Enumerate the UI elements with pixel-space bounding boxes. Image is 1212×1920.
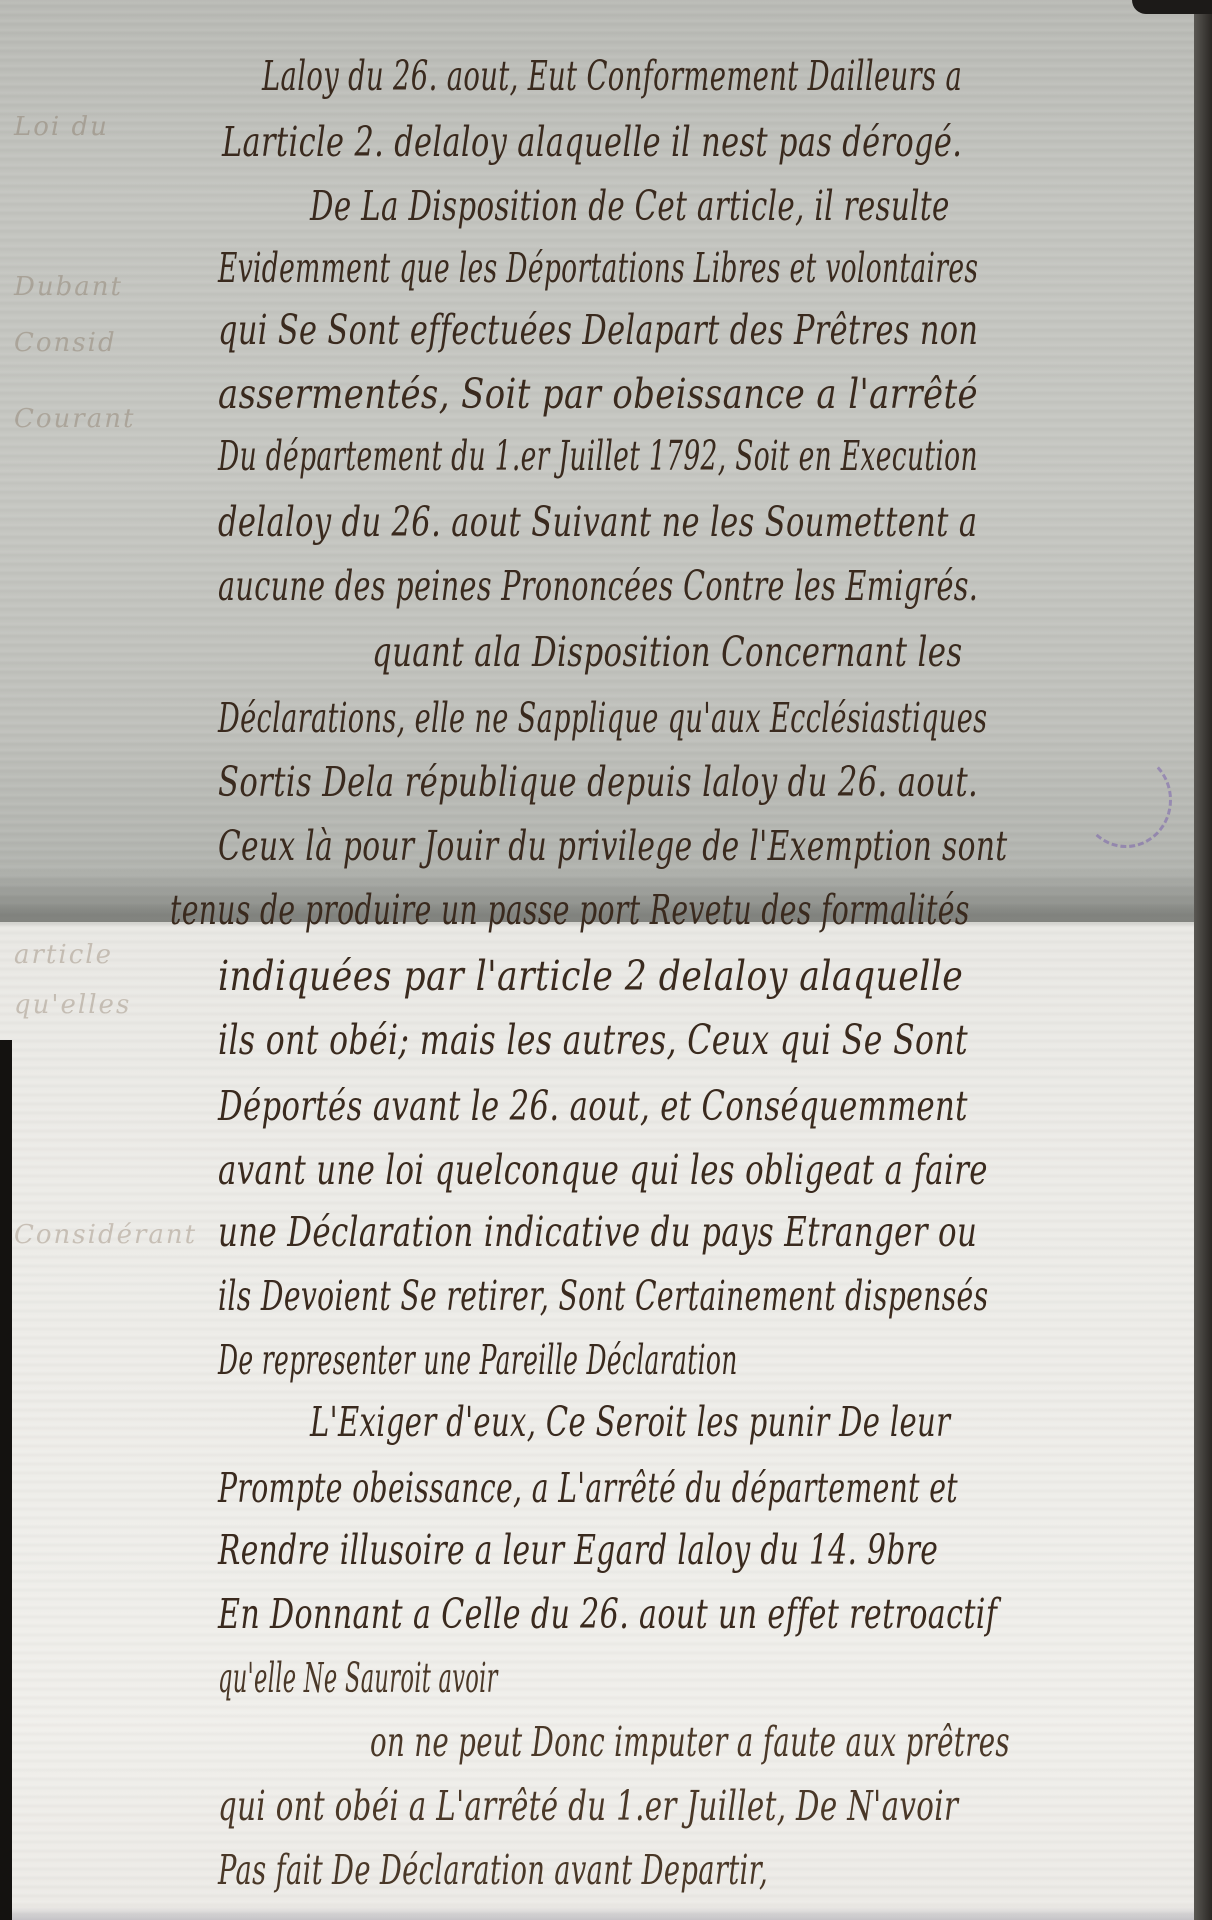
manuscript-line: Du département du 1.er Juillet 1792, Soi… — [218, 432, 978, 480]
manuscript-line: avant une loi quelconque qui les obligea… — [218, 1146, 988, 1194]
manuscript-line: Larticle 2. delaloy alaquelle il nest pa… — [222, 118, 962, 166]
background-top-corner — [1132, 0, 1212, 14]
paper-bottom-edge — [0, 1906, 1195, 1920]
manuscript-line: on ne peut Donc imputer a faute aux prêt… — [370, 1718, 1010, 1766]
manuscript-line: Déportés avant le 26. aout, et Conséquem… — [218, 1082, 968, 1130]
manuscript-line: indiquées par l'article 2 delaloy alaque… — [218, 952, 963, 1000]
manuscript-line: quant ala Disposition Concernant les — [372, 628, 963, 676]
manuscript-line: Déclarations, elle ne Sapplique qu'aux E… — [218, 694, 987, 742]
manuscript-line: Ceux là pour Jouir du privilege de l'Exe… — [218, 822, 1008, 870]
manuscript-body: Laloy du 26. aout, Eut Conformement Dail… — [0, 0, 1195, 1920]
manuscript-line: Laloy du 26. aout, Eut Conformement Dail… — [262, 52, 962, 100]
manuscript-line: delaloy du 26. aout Suivant ne les Soume… — [218, 498, 977, 546]
manuscript-line: De La Disposition de Cet article, il res… — [310, 182, 950, 230]
manuscript-line: tenus de produire un passe port Revetu d… — [170, 886, 970, 934]
manuscript-line: Rendre illusoire a leur Egard laloy du 1… — [218, 1526, 938, 1574]
manuscript-line: De representer une Pareille Déclaration — [218, 1336, 738, 1384]
manuscript-line: En Donnant a Celle du 26. aout un effet … — [218, 1590, 997, 1638]
manuscript-line: L'Exiger d'eux, Ce Seroit les punir De l… — [310, 1398, 950, 1446]
manuscript-line: ils ont obéi; mais les autres, Ceux qui … — [218, 1016, 968, 1064]
manuscript-line: Pas fait De Déclaration avant Departir, — [218, 1846, 768, 1894]
manuscript-line: Evidemment que les Déportations Libres e… — [218, 244, 978, 292]
manuscript-line: qui ont obéi a L'arrêté du 1.er Juillet,… — [218, 1782, 958, 1830]
manuscript-line: ils Devoient Se retirer, Sont Certaineme… — [218, 1272, 988, 1320]
manuscript-line: Prompte obeissance, a L'arrêté du départ… — [218, 1464, 958, 1512]
manuscript-line: Sortis Dela république depuis laloy du 2… — [218, 758, 978, 806]
manuscript-line: assermentés, Soit par obeissance a l'arr… — [218, 370, 978, 418]
manuscript-line: qui Se Sont effectuées Delapart des Prêt… — [218, 306, 978, 354]
manuscript-line: aucune des peines Prononcées Contre les … — [218, 562, 978, 610]
paper-left-dark-edge — [0, 1040, 12, 1920]
manuscript-line: qu'elle Ne Sauroit avoir — [218, 1654, 498, 1702]
manuscript-page: Loi du Dubant Consid Courant article qu'… — [0, 0, 1195, 1920]
manuscript-line: une Déclaration indicative du pays Etran… — [218, 1208, 977, 1256]
background-right-edge — [1194, 0, 1212, 1920]
